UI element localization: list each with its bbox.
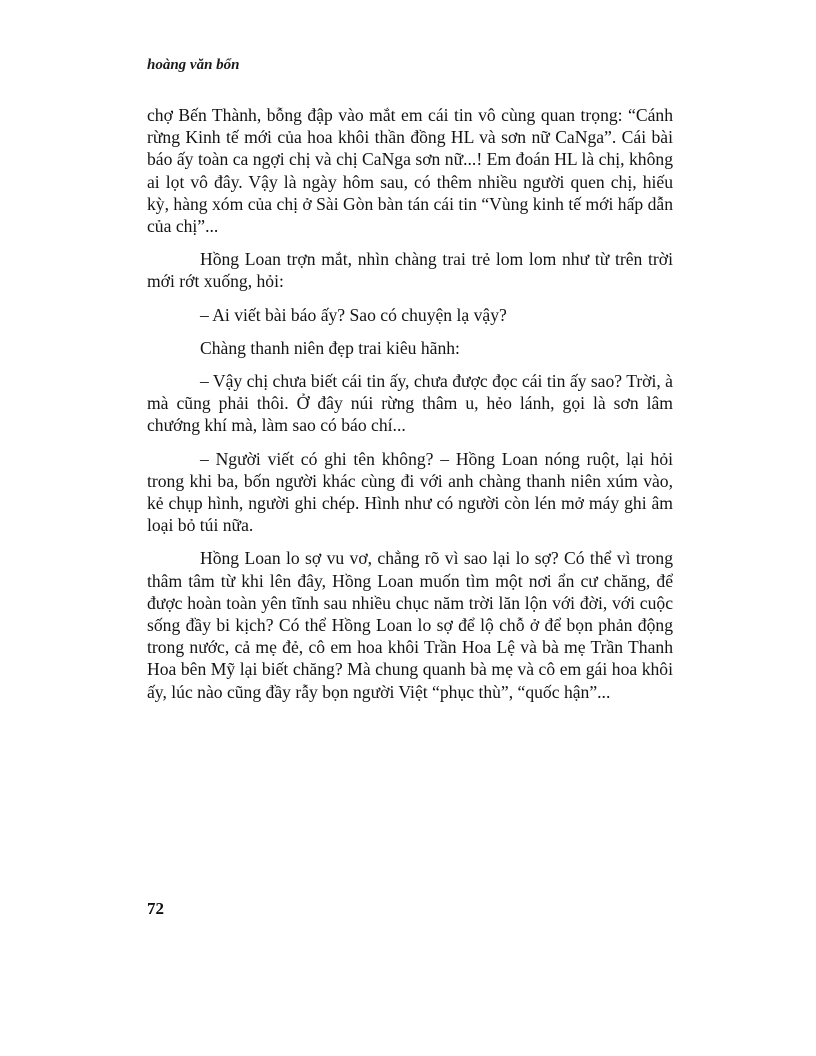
dialogue-line: – Ai viết bài báo ấy? Sao có chuyện lạ v… (147, 304, 673, 326)
dialogue-line: – Người viết có ghi tên không? – Hồng Lo… (147, 448, 673, 537)
running-head-author: hoàng văn bổn (147, 57, 240, 74)
page-number: 72 (147, 899, 164, 919)
paragraph: Chàng thanh niên đẹp trai kiêu hãnh: (147, 337, 673, 359)
book-page: hoàng văn bổn chợ Bến Thành, bỗng đập và… (0, 0, 816, 1056)
paragraph: Hồng Loan trợn mắt, nhìn chàng trai trẻ … (147, 248, 673, 292)
paragraph: chợ Bến Thành, bỗng đập vào mắt em cái t… (147, 104, 673, 237)
paragraph: Hồng Loan lo sợ vu vơ, chẳng rõ vì sao l… (147, 547, 673, 702)
dialogue-line: – Vậy chị chưa biết cái tin ấy, chưa đượ… (147, 370, 673, 437)
body-text: chợ Bến Thành, bỗng đập vào mắt em cái t… (147, 104, 673, 703)
